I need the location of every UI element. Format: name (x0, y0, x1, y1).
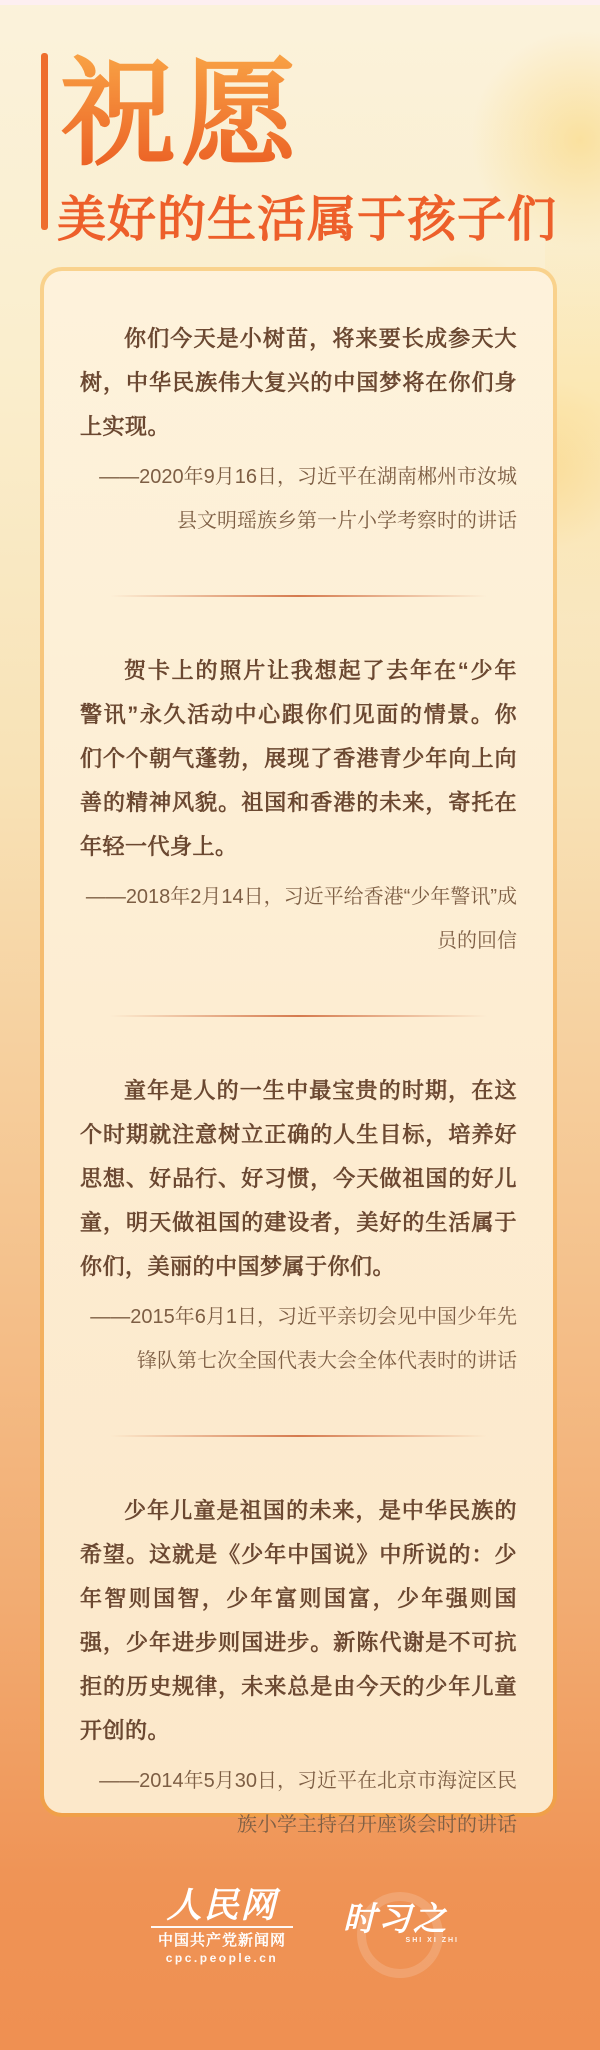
quote-section-2: 贺卡上的照片让我想起了去年在“少年警讯”永久活动中心跟你们见面的情景。你们个个朝… (80, 649, 517, 963)
section-divider (110, 1015, 487, 1017)
peoples-daily-online-logo: 人民网 中国共产党新闻网 cpc.people.cn (137, 1888, 307, 1967)
footer-logos: 人民网 中国共产党新闻网 cpc.people.cn 时习之 SHI XI ZH… (0, 1888, 600, 1978)
quote-section-3: 童年是人的一生中最宝贵的时期，在这个时期就注意树立正确的人生目标，培养好思想、好… (80, 1069, 517, 1383)
page-title: 祝愿 (60, 46, 302, 183)
quote-text: 你们今天是小树苗，将来要长成参天大树，中华民族伟大复兴的中国梦将在你们身上实现。 (80, 317, 517, 449)
quote-text: 童年是人的一生中最宝贵的时期，在这个时期就注意树立正确的人生目标，培养好思想、好… (80, 1069, 517, 1289)
poster: 祝愿 美好的生活属于孩子们 你们今天是小树苗，将来要长成参天大树，中华民族伟大复… (0, 0, 600, 2050)
section-divider (110, 1435, 487, 1437)
shixizhi-logo: 时习之 SHI XI ZHI (343, 1888, 463, 1978)
quote-text: 贺卡上的照片让我想起了去年在“少年警讯”永久活动中心跟你们见面的情景。你们个个朝… (80, 649, 517, 869)
shixizhi-pinyin: SHI XI ZHI (343, 1937, 459, 1944)
title-accent-bar (41, 53, 48, 230)
logo-underline (151, 1926, 293, 1928)
section-divider (110, 595, 487, 597)
quote-attribution: ——2020年9月16日，习近平在湖南郴州市汝城县文明瑶族乡第一片小学考察时的讲… (80, 455, 517, 543)
quote-attribution: ——2018年2月14日，习近平给香港“少年警讯”成员的回信 (80, 875, 517, 963)
cpc-news-url: cpc.people.cn (137, 1950, 307, 1967)
shixizhi-logo-text: 时习之 (343, 1902, 463, 1935)
quote-text: 少年儿童是祖国的未来，是中华民族的希望。这就是《少年中国说》中所说的：少年智则国… (80, 1489, 517, 1753)
peoples-daily-logo-text: 人民网 (137, 1888, 307, 1923)
quote-card: 你们今天是小树苗，将来要长成参天大树，中华民族伟大复兴的中国梦将在你们身上实现。… (40, 267, 557, 1817)
quote-card-inner: 你们今天是小树苗，将来要长成参天大树，中华民族伟大复兴的中国梦将在你们身上实现。… (44, 271, 553, 1813)
top-strip (0, 0, 600, 5)
quote-section-1: 你们今天是小树苗，将来要长成参天大树，中华民族伟大复兴的中国梦将在你们身上实现。… (80, 317, 517, 543)
quote-attribution: ——2015年6月1日，习近平亲切会见中国少年先锋队第七次全国代表大会全体代表时… (80, 1295, 517, 1383)
quote-section-4: 少年儿童是祖国的未来，是中华民族的希望。这就是《少年中国说》中所说的：少年智则国… (80, 1489, 517, 1847)
quote-attribution: ——2014年5月30日，习近平在北京市海淀区民族小学主持召开座谈会时的讲话 (80, 1759, 517, 1847)
cpc-news-label: 中国共产党新闻网 (137, 1932, 307, 1950)
page-subtitle: 美好的生活属于孩子们 (57, 181, 557, 251)
